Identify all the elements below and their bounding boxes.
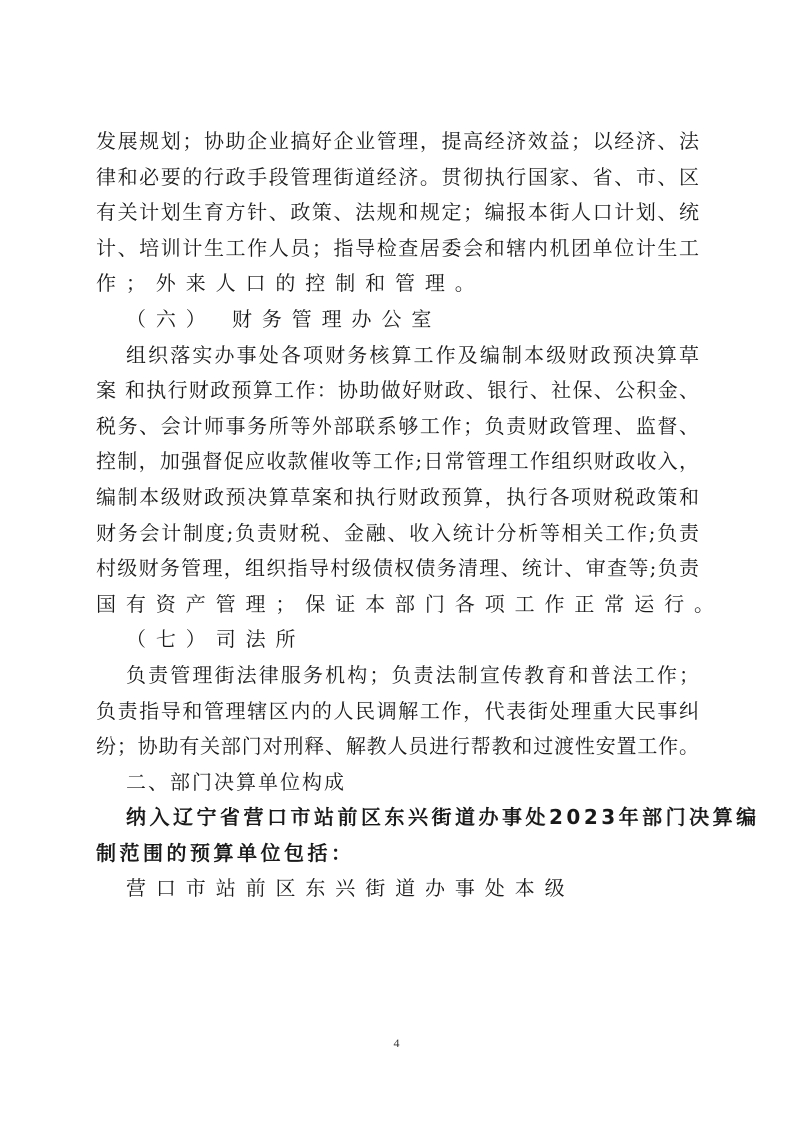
text-line: 税务、会计师事务所等外部联系够工作；负责财政管理、监督、 <box>96 409 699 445</box>
text-line: 纷；协助有关部门对刑释、解教人员进行帮教和过渡性安置工作。 <box>96 729 699 765</box>
text-line: 发展规划；协助企业搞好企业管理，提高经济效益；以经济、法 <box>96 124 699 160</box>
text-line: 编制本级财政预决算草案和执行财政预算，执行各项财税政策和 <box>96 480 699 516</box>
text-line: 负责指导和管理辖区内的人民调解工作，代表街处理重大民事纠 <box>96 694 699 730</box>
paragraph-budget-unit: 营口市站前区东兴街道办事处本级 <box>96 871 699 907</box>
text-line: 计、培训计生工作人员；指导检查居委会和辖内机团单位计生工 <box>96 231 699 267</box>
page-number: 4 <box>0 1036 793 1051</box>
paragraph-judicial-office: 负责管理街法律服务机构；负责法制宣传教育和普法工作； 负责指导和管理辖区内的人民… <box>96 658 699 765</box>
page-content: 发展规划；协助企业搞好企业管理，提高经济效益；以经济、法 律和必要的行政手段管理… <box>96 124 699 907</box>
text-line: 负责管理街法律服务机构；负责法制宣传教育和普法工作； <box>96 658 699 694</box>
paragraph-budget-scope: 纳入辽宁省营口市站前区东兴街道办事处2023年部门决算编 制范围的预算单位包括： <box>96 800 699 871</box>
text-line: 案 和执行财政预算工作：协助做好财政、银行、社保、公积金、 <box>96 373 699 409</box>
text-line: 国有资产管理；保证本部门各项工作正常运行。 <box>96 587 699 623</box>
text-line: 作；外来人口的控制和管理。 <box>96 266 699 302</box>
text-line: 律和必要的行政手段管理街道经济。贯彻执行国家、省、市、区 <box>96 160 699 196</box>
text-line: 控制，加强督促应收款催收等工作;日常管理工作组织财政收入， <box>96 444 699 480</box>
subheading-judicial-office: （七）司法所 <box>96 622 699 658</box>
document-page: 发展规划；协助企业搞好企业管理，提高经济效益；以经济、法 律和必要的行政手段管理… <box>0 0 793 1122</box>
text-line: 村级财务管理，组织指导村级债权债务清理、统计、审查等;负责 <box>96 551 699 587</box>
text-line: 组织落实办事处各项财务核算工作及编制本级财政预决算草 <box>96 338 699 374</box>
text-line: 有关计划生育方针、政策、法规和规定；编报本街人口计划、统 <box>96 195 699 231</box>
subheading-finance-office: （六） 财务管理办公室 <box>96 302 699 338</box>
text-line: 营口市站前区东兴街道办事处本级 <box>96 871 699 907</box>
section-heading-unit-composition: 二、部门决算单位构成 <box>96 765 699 801</box>
text-line: 财务会计制度;负责财税、金融、收入统计分析等相关工作;负责 <box>96 516 699 552</box>
text-line: 纳入辽宁省营口市站前区东兴街道办事处2023年部门决算编 <box>96 800 699 836</box>
paragraph-finance-office: 组织落实办事处各项财务核算工作及编制本级财政预决算草 案 和执行财政预算工作：协… <box>96 338 699 623</box>
paragraph-economic-planning: 发展规划；协助企业搞好企业管理，提高经济效益；以经济、法 律和必要的行政手段管理… <box>96 124 699 302</box>
text-line: 制范围的预算单位包括： <box>96 836 699 872</box>
